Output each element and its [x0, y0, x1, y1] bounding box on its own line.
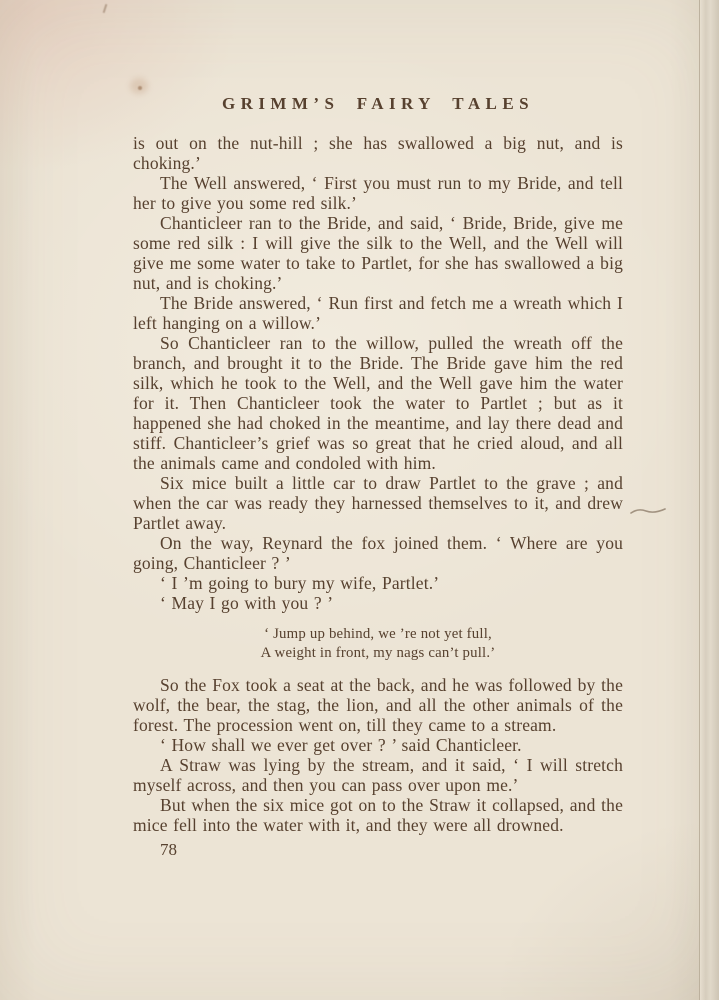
paragraph: So Chanticleer ran to the willow, pulled…: [133, 333, 623, 473]
verse-line: A weight in front, my nags can’t pull.’: [133, 644, 623, 663]
verse-line: ‘ Jump up behind, we ’re not yet full,: [133, 625, 623, 644]
paragraph: So the Fox took a seat at the back, and …: [133, 675, 623, 735]
text-block: GRIMM’S FAIRY TALES is out on the nut-hi…: [133, 94, 623, 860]
foxing-spot: [138, 86, 142, 90]
paragraph: ‘ How shall we ever get over ? ’ said Ch…: [133, 735, 623, 755]
running-header: GRIMM’S FAIRY TALES: [133, 94, 623, 114]
paragraph: ‘ May I go with you ? ’: [133, 593, 623, 613]
paragraph: A Straw was lying by the stream, and it …: [133, 755, 623, 795]
paragraph: On the way, Reynard the fox joined them.…: [133, 533, 623, 573]
page-edge: [699, 0, 719, 1000]
paragraph: The Well answered, ‘ First you must run …: [133, 173, 623, 213]
paragraph: ‘ I ’m going to bury my wife, Partlet.’: [133, 573, 623, 593]
paragraph: Chanticleer ran to the Bride, and said, …: [133, 213, 623, 293]
verse: ‘ Jump up behind, we ’re not yet full,A …: [133, 625, 623, 663]
paragraph: But when the six mice got on to the Stra…: [133, 795, 623, 835]
ink-smudge: [630, 506, 666, 516]
paragraph: Six mice built a little car to draw Part…: [133, 473, 623, 533]
body-text: is out on the nut-hill ; she has swallow…: [133, 133, 623, 835]
paragraph: The Bride answered, ‘ Run first and fetc…: [133, 293, 623, 333]
page-number: 78: [133, 840, 623, 860]
paragraph: is out on the nut-hill ; she has swallow…: [133, 133, 623, 173]
